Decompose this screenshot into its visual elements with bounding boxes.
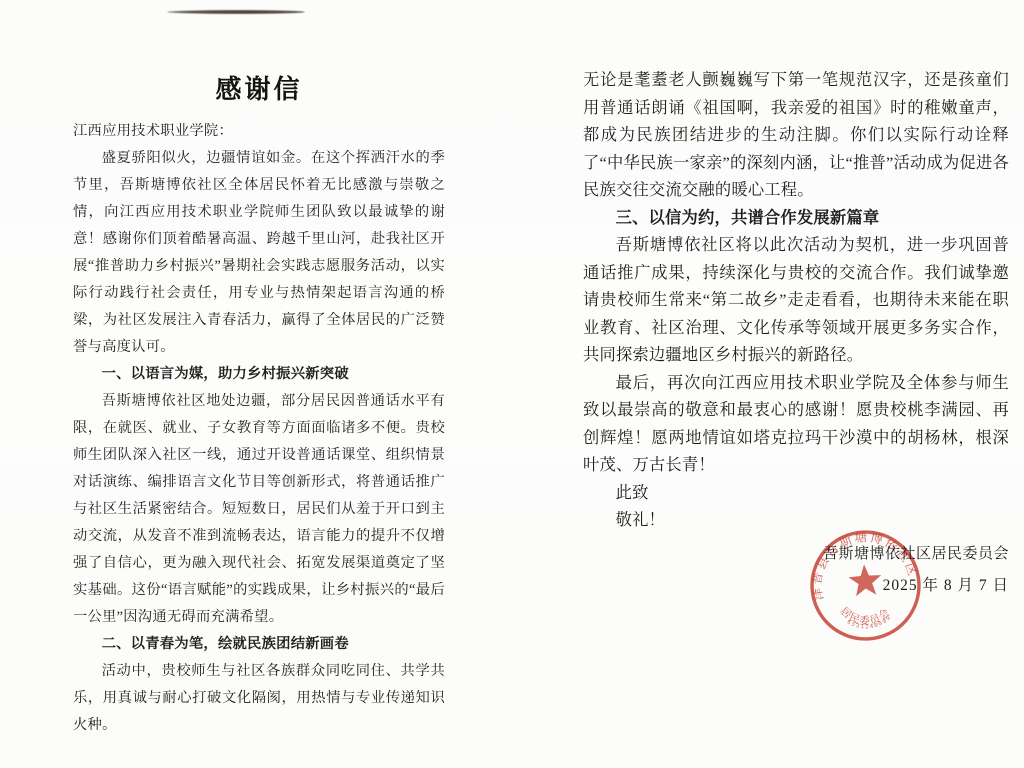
scanned-letter: 感谢信 江西应用技术职业学院： 盛夏骄阳似火，边疆情谊如金。在这个挥洒汗水的季节… (0, 0, 1024, 768)
signature-block: 吾斯塘博依社区居民委员会 2025 年 8 月 7 日 (583, 539, 1009, 601)
letter-salutation: 江西应用技术职业学院： (73, 118, 445, 145)
paragraph-section-3: 吾斯塘博依社区将以此次活动为契机，进一步巩固普通话推广成果，持续深化与贵校的交流… (583, 231, 1009, 369)
letter-page-right: 无论是耄耋老人颤巍巍写下第一笔规范汉字，还是孩童们用普通话朗诵《祖国啊，我亲爱的… (583, 66, 1009, 601)
seal-star-icon (848, 563, 883, 596)
section-heading-3: 三、以信为约，共谱合作发展新篇章 (583, 204, 1009, 232)
paragraph-section-1: 吾斯塘博依社区地处边疆，部分居民因普通话水平有限，在就医、就业、子女教育等方面面… (73, 388, 445, 631)
section-heading-2: 二、以青春为笔，绘就民族团结新画卷 (73, 631, 445, 658)
paragraph-section-2-start: 活动中，贵校师生与社区各族群众同吃同住、共学共乐，用真诚与耐心打破文化隔阂，用热… (73, 658, 445, 739)
scan-artifact-streak (167, 10, 305, 14)
paragraph-closing: 最后，再次向江西应用技术职业学院及全体参与师生致以最崇高的敬意和最衷心的感谢！愿… (583, 369, 1009, 479)
official-seal-stamp: 泽普县吾斯塘博依社区 居民委员会 6531240009 (803, 523, 928, 648)
paragraph-intro: 盛夏骄阳似火，边疆情谊如金。在这个挥洒汗水的季节里，吾斯塘博依社区全体居民怀着无… (73, 145, 445, 361)
letter-title: 感谢信 (73, 74, 445, 106)
paragraph-section-2-continued: 无论是耄耋老人颤巍巍写下第一笔规范汉字，还是孩童们用普通话朗诵《祖国啊，我亲爱的… (583, 66, 1009, 204)
signature-organization: 吾斯塘博依社区居民委员会 (583, 539, 1009, 570)
closing-jingli: 敬礼！ (583, 506, 1009, 534)
signature-date: 2025 年 8 月 7 日 (583, 570, 1009, 601)
letter-page-left: 感谢信 江西应用技术职业学院： 盛夏骄阳似火，边疆情谊如金。在这个挥洒汗水的季节… (73, 74, 445, 739)
seal-ring-text: 泽普县吾斯塘博依社区 (806, 525, 922, 601)
closing-cizhi: 此致 (583, 479, 1009, 507)
section-heading-1: 一、以语言为媒，助力乡村振兴新突破 (73, 361, 445, 388)
